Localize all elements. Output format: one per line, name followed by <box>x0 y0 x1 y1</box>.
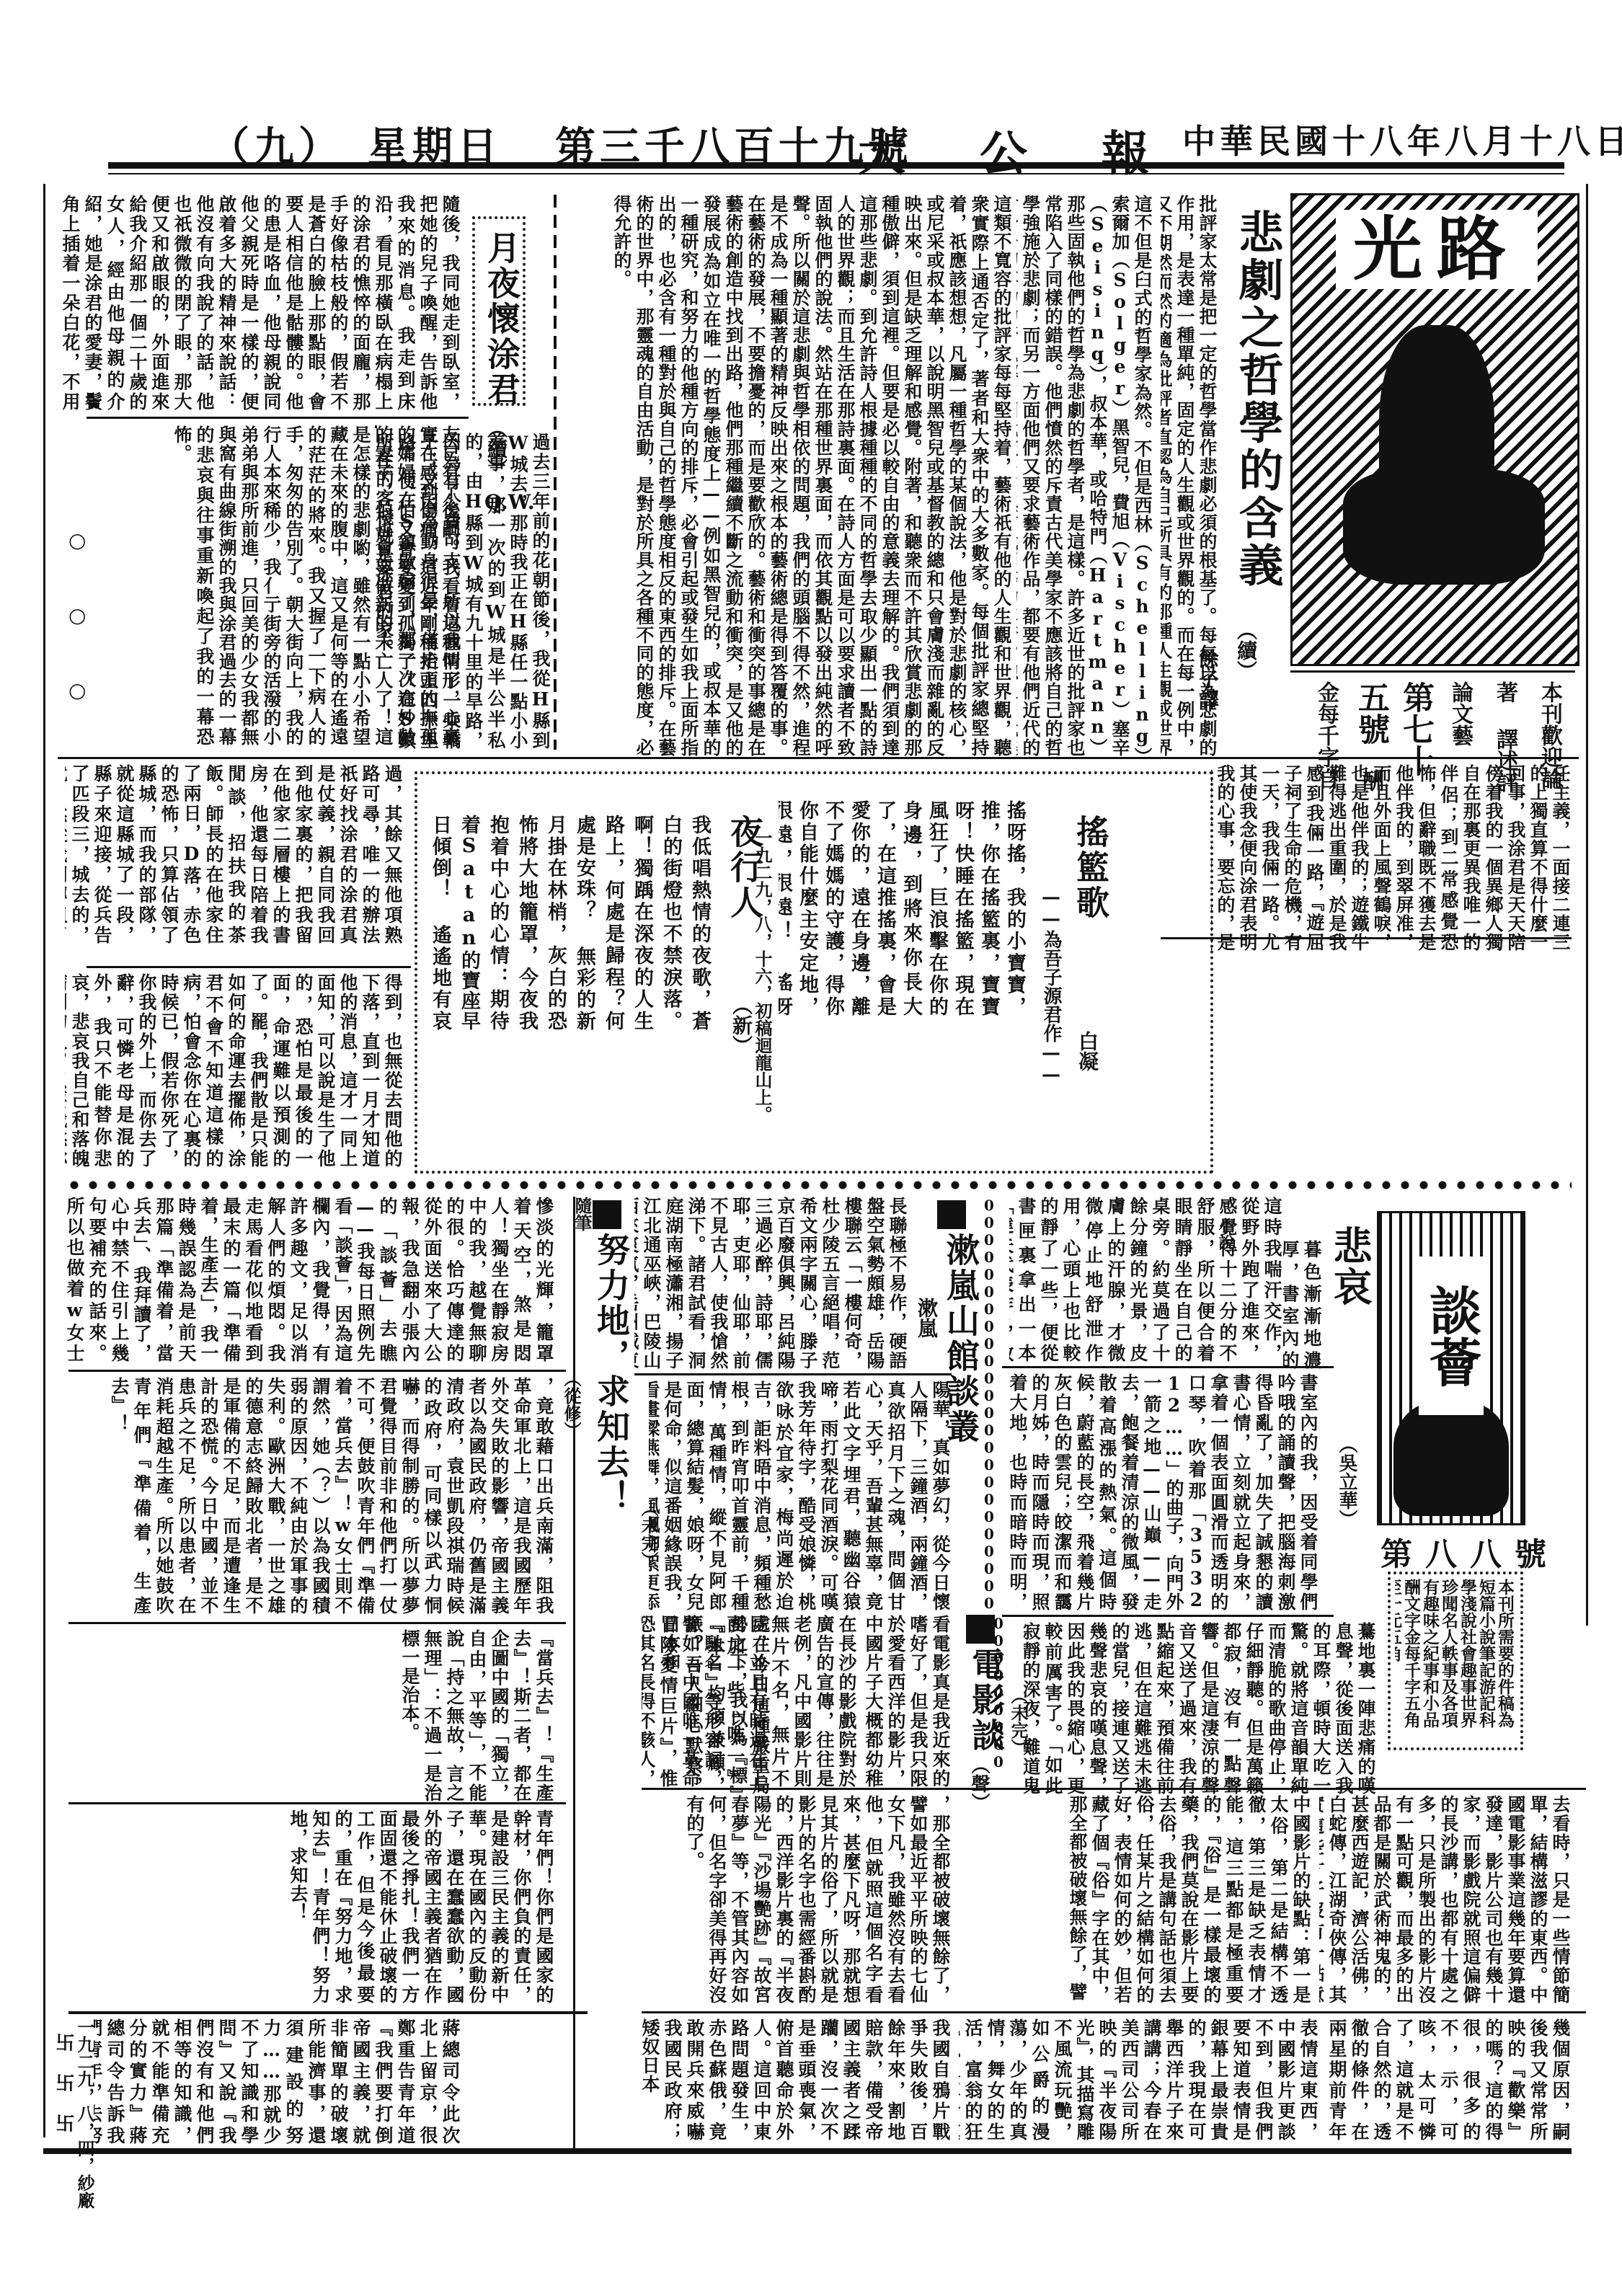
masthead-rule-thin <box>108 173 1564 174</box>
column-divider <box>573 1197 575 2148</box>
film-paragraph-6: 中國影片的缺點：第一是太俗，第二是結構不透徹，第三是缺乏表情才能，這三點都是極重… <box>959 1795 1312 2004</box>
tragedy-paragraph-3: 這類不寬容的批評家每每堅持着，藝術祇有他的人生觀和世界觀，聽衆實際上通否定了，著… <box>570 195 1013 757</box>
poem-date-line: 一九二九，八，十六，初稿迴龍山上。 <box>750 829 775 1123</box>
essay-paragraph-4: 『當兵去』！『生產去』！斯二者，都在企圖中國的「獨立，自由，平等」，不能說「持之… <box>65 1629 555 1802</box>
guanglu-masthead-woodcut: 光路 <box>1290 193 1579 666</box>
zero-border: 00000000000 <box>991 1615 1006 1773</box>
column-author-shulan: 漱嵐 <box>912 1298 941 1338</box>
horse-figure <box>1343 469 1545 585</box>
film-paragraph-2: 在長沙的影戲院對於廣告的宣傳，往往是老例，凡中國影片則無片不名，無片不巨，並且有… <box>642 1615 858 1788</box>
continued-mark: （續） <box>1231 620 1260 681</box>
black-square-icon <box>593 1200 621 1229</box>
guanglu-rule <box>1290 670 1575 673</box>
ornament-divider <box>65 1179 1572 1192</box>
right-border <box>1586 184 1588 1626</box>
poem-subtitle: ——為吾子源君作—— <box>1038 887 1065 1086</box>
film-paragraph-8: 幾個原因，嗣後我又常常所映的『歡樂』的嗎？這的得很，很多的不，示，可咳，太可憐了… <box>1326 2018 1572 2141</box>
article-title-tragedy: 悲劇之哲學的含義 <box>1226 209 1290 613</box>
shulan-paragraph-2: 陽華，真如夢幻，從今日懷人隔下，三鐘酒，兩鐘酒，真欲招月下之魂，問個甘心，天乎，… <box>649 1380 952 1611</box>
film-paragraph-3: ，那全都被破壞無餘了，譬如最近平平所映的七仙女下凡，我雖然沒有去看他，但就照這個… <box>649 1795 952 2004</box>
tanhui-notice: 本刊所需要的件稿為短篇小說筆記游記科學淺說社會趣事世界珍聞名人軼事及各項有趣味之… <box>1395 1579 1514 1741</box>
divider <box>1002 1366 1334 1368</box>
story-author-sorrow: （吳立華） <box>1334 1435 1360 1528</box>
sorrow-paragraph-1: 暮色漸漸地濃厚，書室內的電燈，陸續的放射着金黃的光，像往昔的黑漆漆的四壁，染得與… <box>1283 1240 1323 1370</box>
divider <box>68 1622 566 1624</box>
article-title-moonlight: 月夜懷涂君 <box>478 231 526 407</box>
left-border <box>43 184 45 2137</box>
poem-cradle-song-text: 搖呀搖，我的小寶寶，推，你在搖籃裏，寶寶呀！快睡在搖籃，現在風狂了，巨浪擊在你的… <box>779 800 1027 1016</box>
black-square-icon <box>966 1615 995 1644</box>
masthead: （九） 星期日 第三千八百十九號 大 公 報 中華民國十八年八月十八日 <box>0 108 1622 195</box>
issue-date: 中華民國十八年八月十八日 <box>1182 115 1622 163</box>
tanhui-title: 談薈 <box>1419 1256 1484 1415</box>
essay-paragraph-5: 青年們！你們是國家的幹材，你們負的責任，是建設三民主義的新中華。現在國內的反動份… <box>65 1809 555 2004</box>
divider <box>642 1788 1586 1790</box>
tragedy-paragraph-1: 批評家太常是把一定的哲學當作悲劇必須的根基了。每每以為悲劇的作用，是表達一種單純… <box>1161 195 1218 757</box>
masthead-rule <box>108 162 1564 169</box>
section-rule <box>58 757 1579 759</box>
tanhui-issue: 第八八號 <box>1381 1528 1559 1574</box>
poem-title-cradle-song: 搖籃歌 <box>1067 815 1114 921</box>
figure-silhouette <box>1393 1401 1509 1516</box>
moonlight-paragraph-4: 過，其餘又無他項熟路可尋，唯一的辦法祇好找涂君的涂君真是仗義，親自同我回到他家裏… <box>65 764 404 944</box>
sorrow-paragraph-3: 書室內的我，因受着同學們吟哦的誦讀聲，把腦海刺激得昏亂了，加失了誠懇的讀書心情，… <box>1009 1373 1319 1611</box>
essay-author: （從修） <box>559 1370 584 1439</box>
essay-paragraph-6: 蔣總司令此次北上留京，很鄭重告青年道『我們要打倒帝國主義，就非簡單的破壞所能濟事… <box>94 2018 461 2145</box>
film-paragraph-7: 表情這東西，中國影片更談不到，但我們要知道表情是銀幕上最崇貴的，我現在可舉西洋片… <box>959 2018 1319 2141</box>
guanglu-issue: 第七十五號 <box>1352 681 1434 776</box>
guanglu-title: 光路 <box>1336 210 1538 289</box>
moonlight-paragraph-5: 得到，也無從去問他的下落，直到一月才知道他的消息，這才一同上面知，可以說是生了他… <box>65 973 404 1168</box>
bottom-rule <box>43 2148 1572 2154</box>
film-paragraph-5: 去看時，只是一些情節簡單，結構滋謬的東西。中國電影事業這幾年要算還發達，影片公司… <box>1319 1795 1572 2004</box>
divider <box>634 1373 952 1375</box>
sorrow-paragraph-4: 驀地裏一陣悲痛的嘆息聲，從後面送入我的耳際，頓時大吃一驚。就將這音韻單純而清脆的… <box>1024 1622 1377 1795</box>
black-square-icon <box>937 1200 966 1229</box>
essay-continuation: 我國自鴉片戰爭失敗後，百餘年來，割地賠款，備受帝國主義者之蹂躪，沒一次不是垂頭喪… <box>642 2018 952 2141</box>
essay-title: 努力地，求知去！ <box>588 1233 635 1515</box>
essay-paragraph-3: ，竟敢藉口出兵南滿，阻我革命軍北上，這是我國歷年外交失敗的影響，帝國主義者以為國… <box>65 1377 555 1615</box>
column-marker <box>937 1200 966 1232</box>
divider <box>68 1802 566 1804</box>
shulan-paragraph-1: 長聯極不易作，硬語盤空氣勢頗雄，岳陽樓聯云「一樓何奇，杜少陵五言絕唱，范希文兩字… <box>634 1197 908 1370</box>
moonlight-paragraph-1: 隨後，我同她走到臥室，把她的兒子喚醒，告訴他我來的消息。我走到床沿，看見那橫臥在… <box>58 195 461 411</box>
essay-paragraph-1: 慘淡的光輝，籠罩着天空，煞是悶人！獨坐在靜寂房中的我，越覺無聊的很。恰巧傳達的從… <box>65 1197 555 1362</box>
tragedy-paragraph-2: 這不但是臼式的哲學家為然。不但是西林（Schelling）索爾加（Solger）… <box>1016 195 1153 757</box>
divider <box>642 2011 1586 2013</box>
sorrow-paragraph-2: 這時我喘汗交作，從野外跑了進來，感覺得十二分的不舒服，所以便合着眼睛靜坐在自己的… <box>1009 1197 1283 1362</box>
divider <box>1161 937 1572 939</box>
tanhui-masthead-woodcut: 談薈 <box>1377 1211 1525 1525</box>
divider <box>68 1370 566 1372</box>
story-title-sorrow: 悲哀 <box>1323 1225 1378 1308</box>
story-upper-right: 任主義，一面接二連三的上獨直算不得什麼一回事，我涂君是天天陪傍着我的一個異鄉人獨… <box>1211 764 1572 952</box>
divider <box>87 966 411 968</box>
poem-author: 白凝 <box>1073 1031 1102 1071</box>
zero-border: 000000000000000000000000000000 <box>982 1197 996 1615</box>
circle-marks: ○○○ <box>68 505 86 730</box>
divider <box>375 425 377 428</box>
shulan-end-mark: （未完） <box>636 1499 661 1569</box>
film-marker <box>966 1615 995 1646</box>
divider <box>1002 1615 1334 1617</box>
divider <box>87 417 469 419</box>
poem-night-walker-text: 我低唱熱情的夜歌，蒼白的街燈也不禁淚落。啊！獨踽在深夜的人生路上，何處是歸程？何… <box>433 815 714 1031</box>
film-paragraph-1: 看電影真是我近來的嗜好了，但是我只限於愛看西洋的影片，中國片子大概都幼稚了一點，… <box>865 1615 952 1788</box>
moonlight-paragraph-3: 過去三年前的花朝節後，我從H縣到W城去，那時我正在H縣任一點小小差事，那一次的到… <box>375 433 551 750</box>
essay-marker <box>593 1200 621 1232</box>
swastika-symbols: 卐 卐 卐 <box>50 2033 77 2132</box>
divider <box>68 2011 588 2014</box>
column-divider-wavy <box>554 195 557 750</box>
